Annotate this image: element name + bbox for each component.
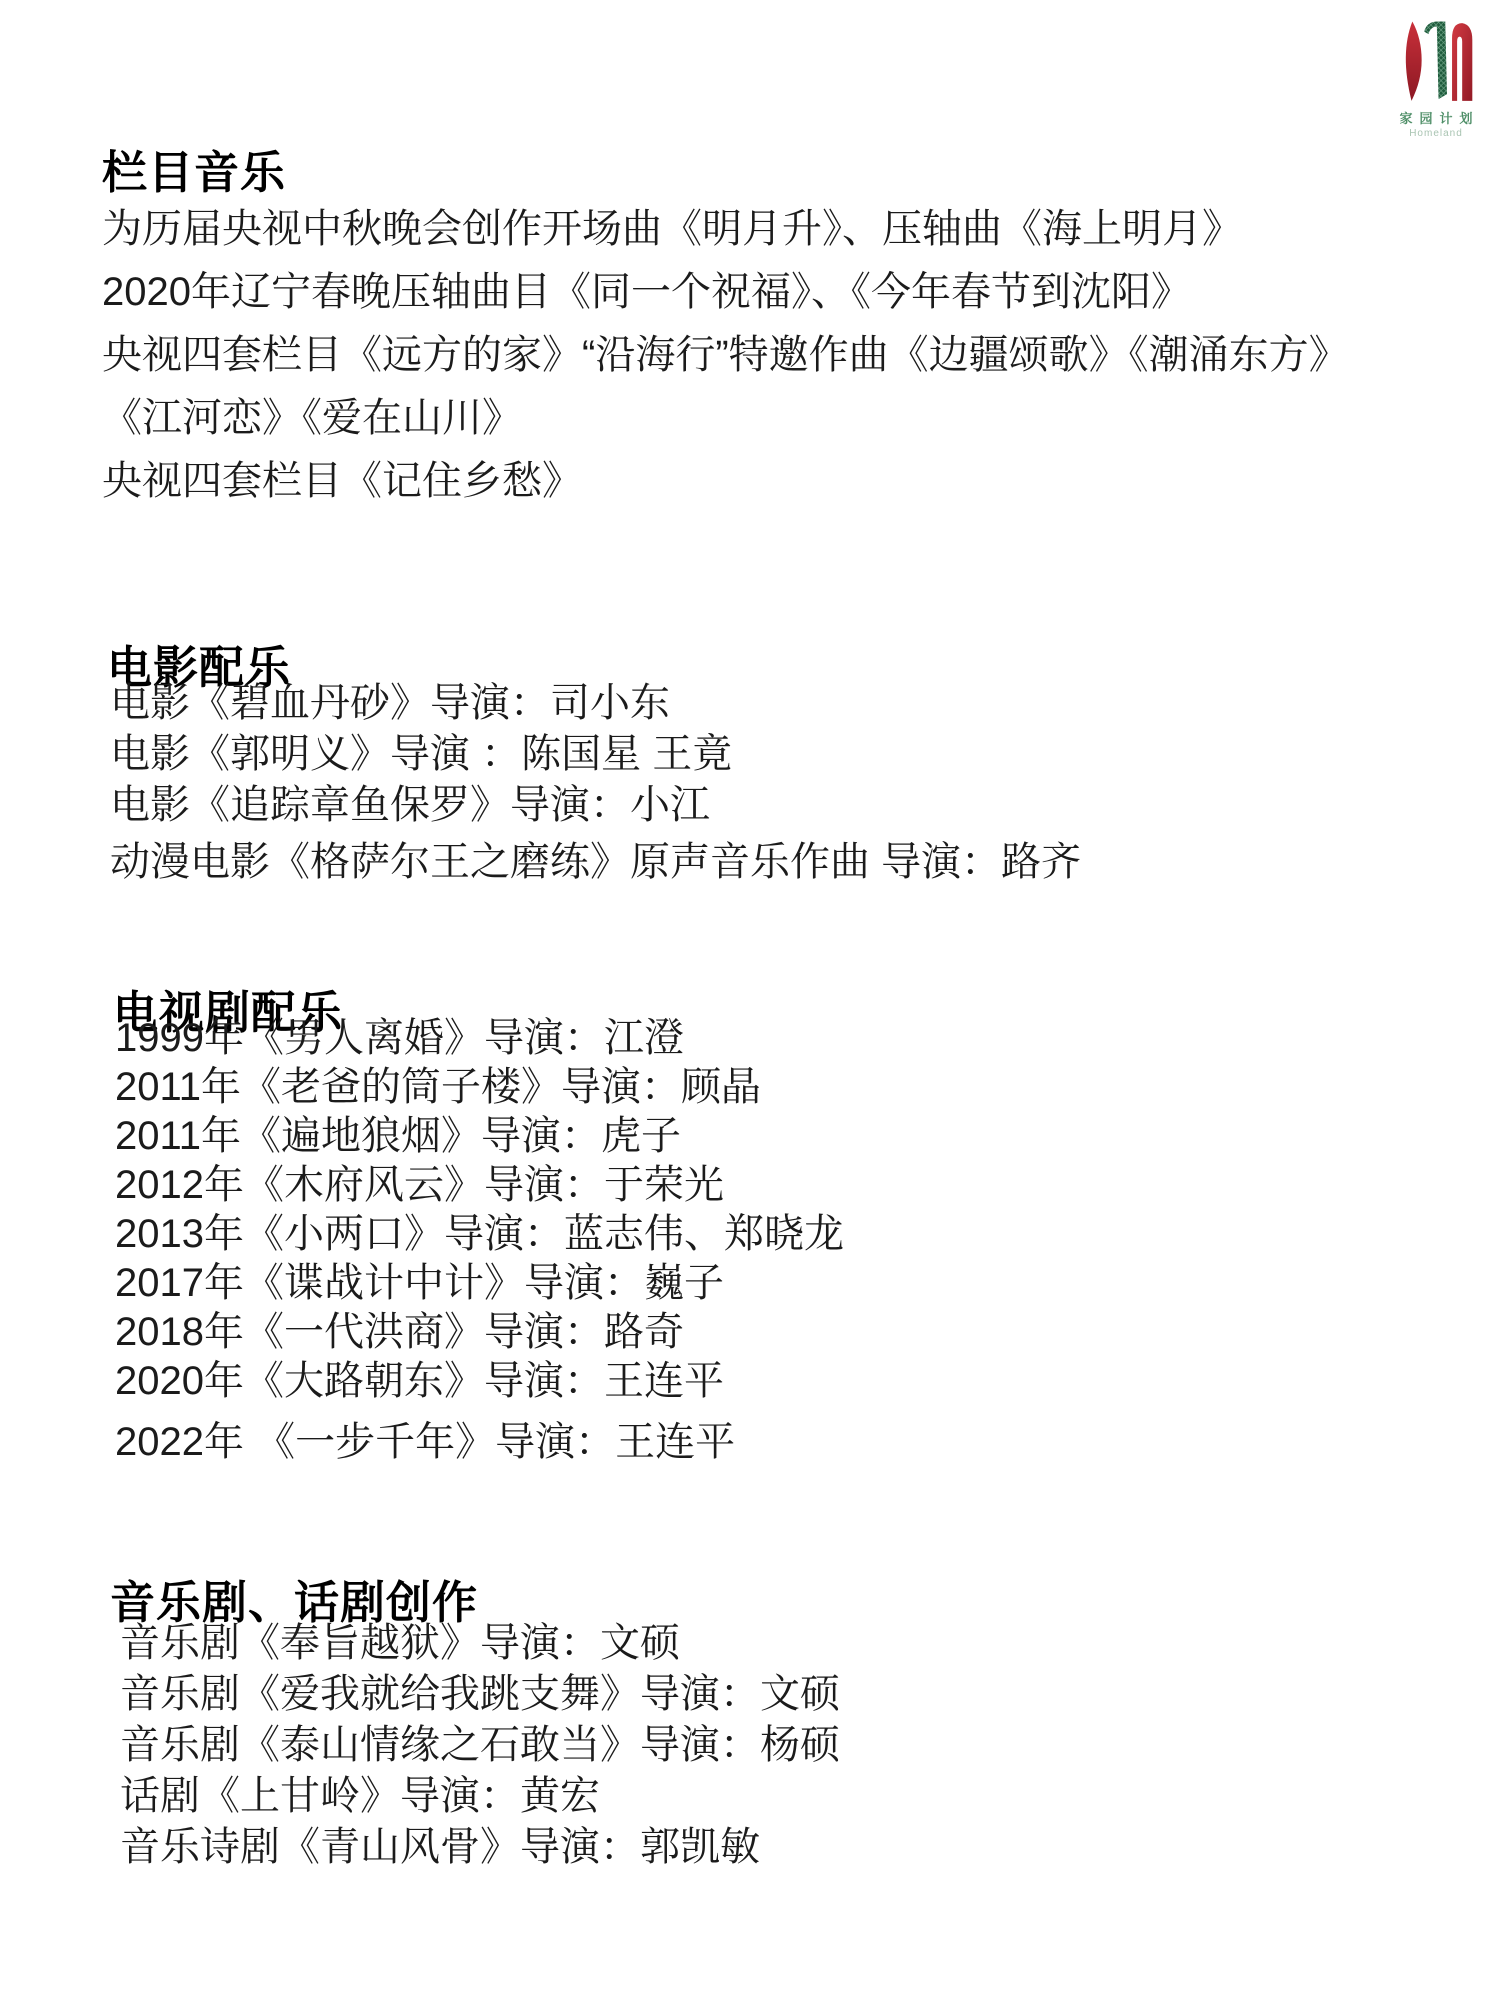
text-line: 2011年《老爸的筒子楼》导演：顾晶	[115, 1063, 844, 1112]
logo: 家园计划 Homeland	[1390, 18, 1482, 148]
column-music-list: 为历届央视中秋晚会创作开场曲《明月升》、压轴曲《海上明月》 2020年辽宁春晚压…	[102, 198, 1349, 513]
text-line: 2017年《谍战计中计》导演：巍子	[115, 1259, 844, 1308]
text-line: 1999年《男人离婚》导演：江澄	[115, 1014, 844, 1063]
text-line: 2022年 《一步千年》导演：王连平	[115, 1418, 844, 1467]
text-line: 电影《追踪章鱼保罗》导演：小江	[110, 780, 1081, 831]
text-line: 央视四套栏目《记住乡愁》	[102, 450, 1349, 513]
text-line: 为历届央视中秋晚会创作开场曲《明月升》、压轴曲《海上明月》	[102, 198, 1349, 261]
text-line: 音乐诗剧《青山风骨》导演：郭凯敏	[120, 1822, 840, 1873]
musical-stage-list: 音乐剧《奉旨越狱》导演：文硕 音乐剧《爱我就给我跳支舞》导演：文硕 音乐剧《泰山…	[120, 1618, 840, 1873]
text-line: 2013年《小两口》导演：蓝志伟、郑晓龙	[115, 1210, 844, 1259]
text-line: 2012年《木府风云》导演：于荣光	[115, 1161, 844, 1210]
text-line: 2011年《遍地狼烟》导演：虎子	[115, 1112, 844, 1161]
heading-column-music: 栏目音乐	[102, 136, 286, 201]
logo-english-name: Homeland	[1390, 128, 1482, 139]
text-line: 音乐剧《奉旨越狱》导演：文硕	[120, 1618, 840, 1669]
text-line: 音乐剧《泰山情缘之石敢当》导演：杨硕	[120, 1720, 840, 1771]
text-line: 2020年辽宁春晚压轴曲目《同一个祝福》、《今年春节到沈阳》	[102, 261, 1349, 324]
text-line: 动漫电影《格萨尔王之磨练》原声音乐作曲 导演：路齐	[110, 837, 1081, 888]
document-page: 栏目音乐 为历届央视中秋晚会创作开场曲《明月升》、压轴曲《海上明月》 2020年…	[0, 0, 1500, 2000]
logo-chinese-name: 家园计划	[1390, 108, 1482, 127]
text-line: 《江河恋》《爱在山川》	[102, 387, 1349, 450]
tv-drama-scoring-list: 1999年《男人离婚》导演：江澄 2011年《老爸的筒子楼》导演：顾晶 2011…	[115, 1014, 844, 1467]
text-line: 音乐剧《爱我就给我跳支舞》导演：文硕	[120, 1669, 840, 1720]
text-line: 2020年《大路朝东》导演：王连平	[115, 1357, 844, 1406]
text-line: 2018年《一代洪商》导演：路奇	[115, 1308, 844, 1357]
text-line: 电影《碧血丹砂》导演：司小东	[110, 678, 1081, 729]
film-scoring-list: 电影《碧血丹砂》导演：司小东 电影《郭明义》导演 ：陈国星 王竟 电影《追踪章鱼…	[110, 678, 1081, 888]
homeland-logo-mark-icon	[1398, 18, 1474, 106]
text-line: 话剧《上甘岭》导演：黄宏	[120, 1771, 840, 1822]
text-line: 电影《郭明义》导演 ：陈国星 王竟	[110, 729, 1081, 780]
text-line: 央视四套栏目《远方的家》“沿海行”特邀作曲《边疆颂歌》《潮涌东方》	[102, 324, 1349, 387]
